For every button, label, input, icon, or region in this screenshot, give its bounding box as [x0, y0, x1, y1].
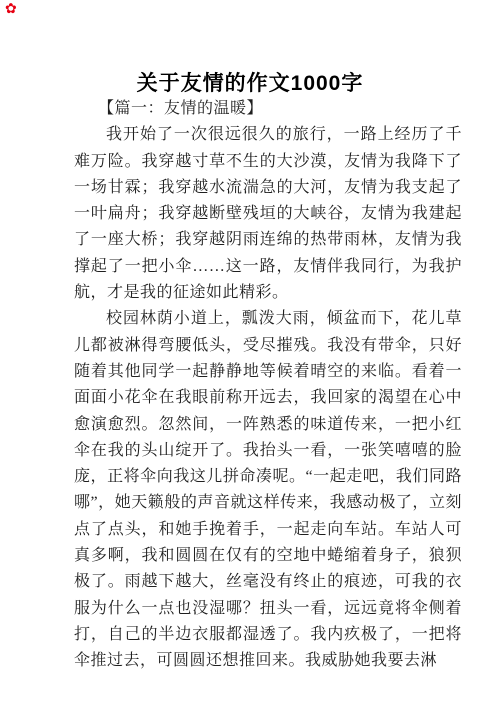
essay-page: ✿ 关于友情的作文1000字 【篇一：友情的温暖】 我开始了一次很远很久的旅行，… [0, 0, 500, 707]
essay-paragraph: 校园林荫小道上，瓢泼大雨，倾盆而下，花儿草儿都被淋得弯腰低头，受尽摧残。我没有带… [74, 306, 462, 674]
essay-paragraph: 我开始了一次很远很久的旅行，一路上经历了千难万险。我穿越寸草不生的大沙漠，友情为… [74, 122, 462, 306]
essay-title: 关于友情的作文1000字 [0, 70, 500, 98]
corner-stamp-icon: ✿ [5, 2, 17, 16]
essay-body: 【篇一：友情的温暖】 我开始了一次很远很久的旅行，一路上经历了千难万险。我穿越寸… [74, 96, 462, 675]
essay-subtitle: 【篇一：友情的温暖】 [74, 96, 462, 122]
